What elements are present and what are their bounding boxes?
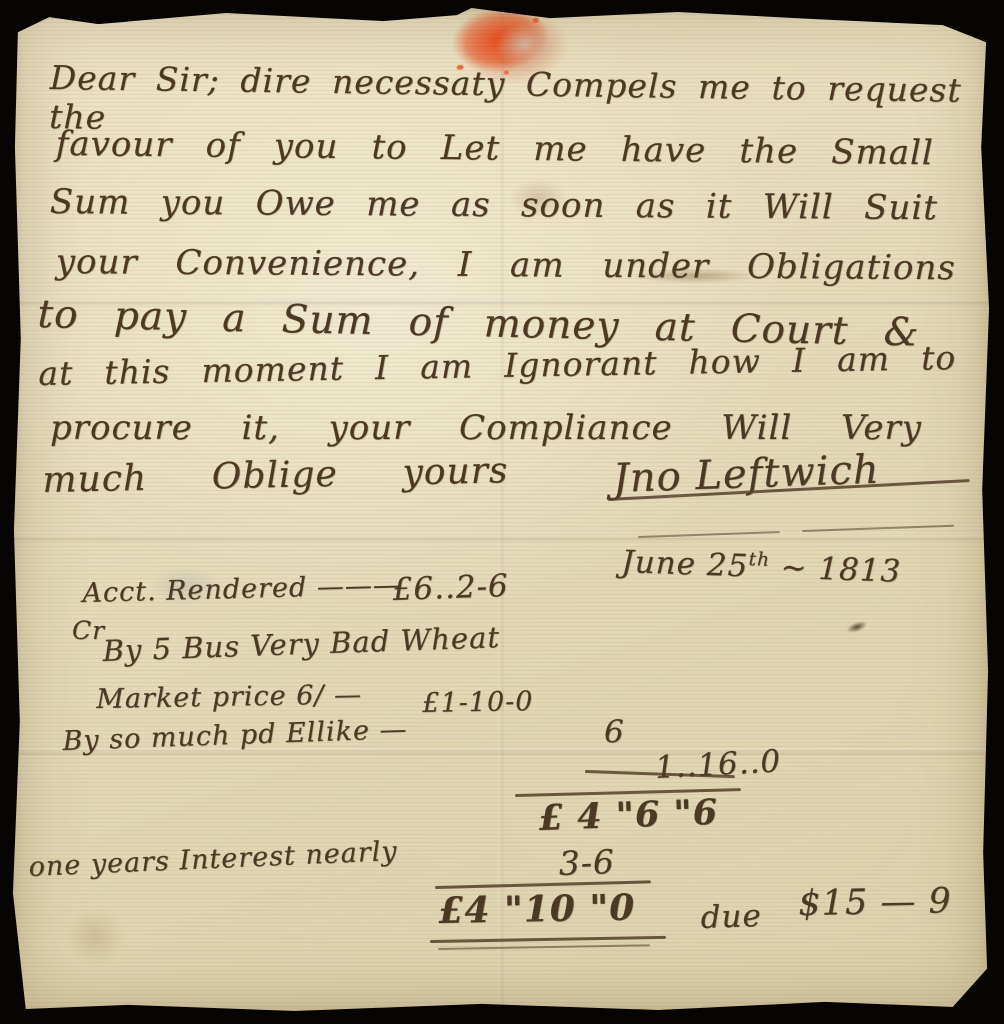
- letter-line: favour of you to Let me have the Small: [56, 124, 934, 173]
- account-due-amount: $15 — 9: [798, 881, 952, 924]
- account-due-label: due: [700, 898, 762, 936]
- letter-line: much Oblige yours: [42, 450, 509, 501]
- date-ordinal: th: [748, 549, 770, 571]
- account-interest-label: one years Interest nearly: [28, 836, 398, 883]
- account-paid-label: By so much pd Ellike —: [62, 714, 408, 757]
- letter-line: procure it, your Compliance Will Very: [50, 408, 922, 448]
- account-credit-abbr: Cr: [72, 616, 105, 645]
- paper-stain: [845, 619, 869, 636]
- account-paid-amount: 6: [604, 714, 625, 750]
- letter-line: at this moment I am Ignorant how I am to: [38, 338, 957, 393]
- total-underline: [430, 936, 666, 943]
- total-underline: [438, 944, 650, 950]
- date-year: ~ 1813: [769, 549, 902, 590]
- account-rendered-label: Acct. Rendered ———: [82, 570, 401, 609]
- letter-line: Sum you Owe me as soon as it Will Suit: [50, 182, 938, 228]
- letter-date: June 25th ~ 1813: [621, 544, 902, 590]
- letter-paper: Dear Sir; dire necessaty Compels me to r…: [10, 6, 992, 1014]
- account-wheat-line: By 5 Bus Very Bad Wheat: [102, 620, 501, 668]
- account-total: £4 "10 "0: [438, 887, 636, 932]
- account-rendered-amount: £6..2-6: [392, 568, 509, 608]
- photo-background: Dear Sir; dire necessaty Compels me to r…: [0, 0, 1004, 1024]
- account-interest-amount: 3-6: [558, 842, 615, 883]
- wax-speck: [533, 17, 540, 23]
- letter-line: your Convenience, I am under Obligations: [56, 242, 956, 288]
- account-partial-sum: 1..16..0: [654, 743, 782, 786]
- account-subtotal: £ 4 "6 "6: [538, 792, 719, 839]
- signature: Jno Leftwich: [612, 447, 880, 502]
- account-market-amount: £1-10-0: [422, 686, 534, 719]
- account-market-label: Market price 6/ —: [96, 679, 362, 715]
- fold-crease: [10, 534, 992, 542]
- signature-flourish: [802, 525, 954, 532]
- date-main: June 25: [621, 544, 749, 584]
- signature-flourish: [638, 531, 780, 538]
- paper-stain: [65, 906, 125, 966]
